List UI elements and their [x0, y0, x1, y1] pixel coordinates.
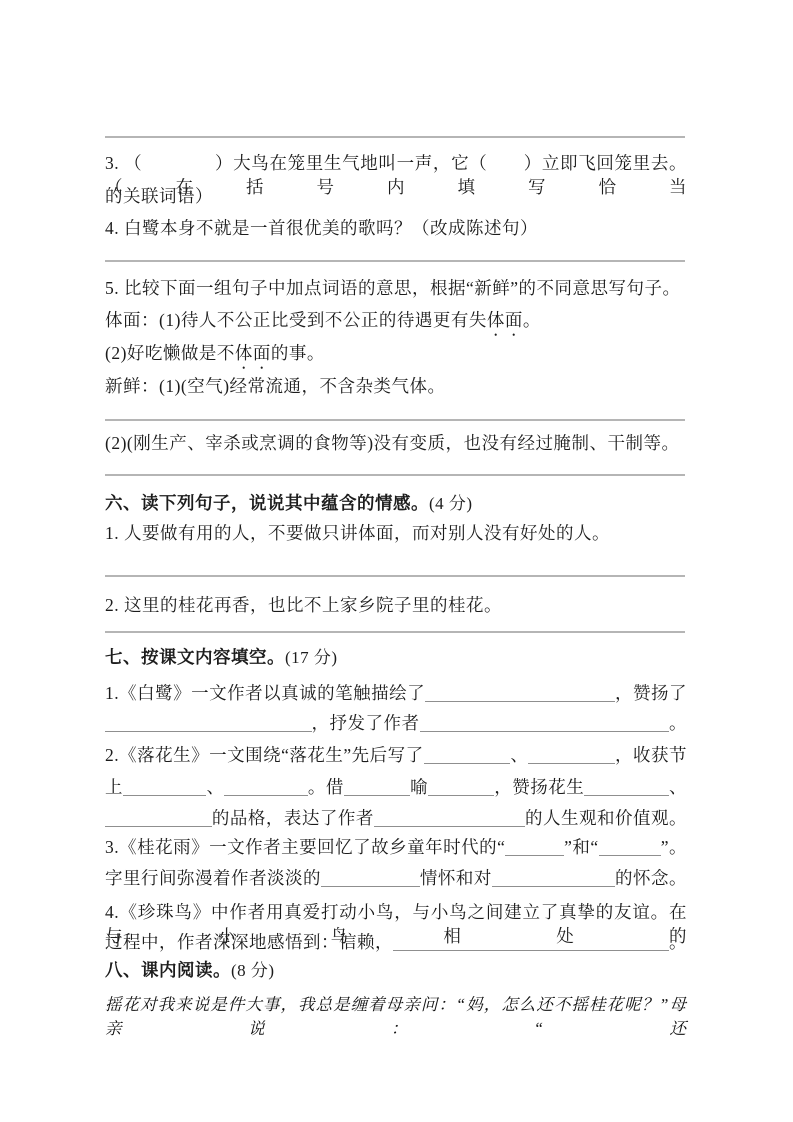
text-segment: 。: [669, 711, 687, 735]
text-segment: ”。: [661, 835, 687, 859]
separator-line: [105, 631, 685, 633]
section-heading: 六、读下列句子，说说其中蕴含的情感。(4 分): [105, 491, 687, 515]
text-segment: 摇花对我来说是件大事，我总是缠着母亲问：“妈，怎么还不摇桂花呢？”母亲说：“还: [105, 995, 687, 1038]
separator-line: [105, 136, 685, 138]
text-segment: 体面：(1)待人不公正比受到不公正的待遇更有失: [105, 310, 487, 330]
dotted-emphasis-text: 体面: [487, 310, 523, 330]
text-segment: 1. 人要做有用的人，不要做只讲体面，而对别人没有好处的人。: [105, 523, 610, 543]
text-segment: ”和“: [564, 835, 599, 859]
text-segment: 的人生观和价值观。: [525, 806, 687, 830]
fill-in-line: 的品格，表达了作者的人生观和价值观。: [105, 806, 687, 830]
answer-blank[interactable]: [374, 813, 525, 827]
answer-blank[interactable]: [424, 750, 511, 764]
text-segment: (2)好吃懒做是不: [105, 343, 235, 363]
answer-blank[interactable]: [321, 873, 420, 887]
dotted-emphasis-text: 体面: [235, 343, 271, 363]
answer-blank[interactable]: [428, 782, 494, 796]
text-line: 的关联词语）: [105, 184, 687, 208]
separator-line: [105, 260, 685, 262]
text-segment: 新鲜：(1)(空气)经常流通，不含杂类气体。: [105, 376, 446, 396]
text-segment: 上: [105, 775, 123, 799]
text-segment: 。: [669, 930, 687, 954]
text-segment: 、: [206, 775, 224, 799]
text-line: 5. 比较下面一组句子中加点词语的意思，根据“新鲜”的不同意思写句子。: [105, 276, 687, 300]
text-segment: 。借: [308, 775, 344, 799]
text-line: 3. （ ）大鸟在笼里生气地叫一声，它（ ）立即飞回笼里去。（在括号内填写恰当: [105, 151, 687, 175]
passage-line: 摇花对我来说是件大事，我总是缠着母亲问：“妈，怎么还不摇桂花呢？”母亲说：“还: [105, 993, 687, 1017]
fill-in-line: 过程中，作者深深地感悟到：信赖，。: [105, 930, 687, 954]
answer-blank[interactable]: [105, 813, 212, 827]
heading-title: 六、读下列句子，说说其中蕴含的情感。: [105, 493, 429, 513]
text-segment: 、: [669, 775, 687, 799]
text-segment: 的事。: [271, 343, 325, 363]
fill-in-line: 上、。借喻，赞扬花生、: [105, 775, 687, 799]
text-line: 4.《珍珠鸟》中作者用真爱打动小鸟，与小鸟之间建立了真挚的友谊。在与小鸟相处的: [105, 900, 687, 924]
separator-line: [105, 474, 685, 476]
answer-blank[interactable]: [425, 688, 615, 702]
answer-blank[interactable]: [492, 873, 615, 887]
text-segment: 过程中，作者深深地感悟到：信赖，: [105, 930, 393, 954]
fill-in-line: 字里行间弥漫着作者淡淡的情怀和对的怀念。: [105, 866, 687, 890]
text-line: 2. 这里的桂花再香，也比不上家乡院子里的桂花。: [105, 593, 687, 617]
text-line: 新鲜：(1)(空气)经常流通，不含杂类气体。: [105, 374, 687, 398]
text-line: 4. 白鹭本身不就是一首很优美的歌吗？（改成陈述句）: [105, 216, 687, 240]
exam-paper-page: 3. （ ）大鸟在笼里生气地叫一声，它（ ）立即飞回笼里去。（在括号内填写恰当的…: [0, 0, 793, 1122]
separator-line: [105, 419, 685, 421]
heading-title: 八、课内阅读。: [105, 960, 231, 980]
text-segment: 、: [510, 743, 528, 767]
text-segment: 。: [523, 310, 541, 330]
answer-blank[interactable]: [505, 842, 564, 856]
text-segment: 3.《桂花雨》一文作者主要回忆了故乡童年时代的“: [105, 835, 505, 859]
text-line: 体面：(1)待人不公正比受到不公正的待遇更有失体面。: [105, 308, 687, 332]
answer-blank[interactable]: [393, 937, 669, 951]
text-segment: 喻: [410, 775, 428, 799]
fill-in-line: 3.《桂花雨》一文作者主要回忆了故乡童年时代的“”和“”。: [105, 835, 687, 859]
exam-content: 3. （ ）大鸟在笼里生气地叫一声，它（ ）立即飞回笼里去。（在括号内填写恰当的…: [0, 0, 793, 1122]
answer-blank[interactable]: [123, 782, 206, 796]
fill-in-line: 1.《白鹭》一文作者以真诚的笔触描绘了，赞扬了: [105, 681, 687, 705]
score-label: (17 分): [285, 648, 338, 667]
score-label: (4 分): [429, 494, 473, 513]
answer-blank[interactable]: [584, 782, 669, 796]
text-line: (2)(刚生产、宰杀或烹调的食物等)没有变质，也没有经过腌制、干制等。: [105, 431, 687, 455]
section-heading: 八、课内阅读。(8 分): [105, 958, 687, 982]
text-segment: 情怀和对: [420, 866, 492, 890]
text-segment: 5. 比较下面一组句子中加点词语的意思，根据“新鲜”的不同意思写句子。: [105, 278, 681, 298]
separator-line: [105, 575, 685, 577]
text-segment: ，收获节: [615, 743, 687, 767]
text-segment: ，抒发了作者: [312, 711, 420, 735]
answer-blank[interactable]: [420, 718, 669, 732]
answer-blank[interactable]: [224, 782, 307, 796]
fill-in-line: 2.《落花生》一文围绕“落花生”先后写了、，收获节: [105, 743, 687, 767]
fill-in-line: ，抒发了作者。: [105, 711, 687, 735]
text-line: (2)好吃懒做是不体面的事。: [105, 341, 687, 365]
text-segment: ，赞扬了: [615, 681, 687, 705]
score-label: (8 分): [231, 961, 275, 980]
text-segment: 的品格，表达了作者: [212, 806, 374, 830]
answer-blank[interactable]: [344, 782, 410, 796]
text-line: 1. 人要做有用的人，不要做只讲体面，而对别人没有好处的人。: [105, 521, 687, 545]
text-segment: 2. 这里的桂花再香，也比不上家乡院子里的桂花。: [105, 595, 502, 615]
text-segment: 的怀念。: [615, 866, 687, 890]
answer-blank[interactable]: [599, 842, 661, 856]
text-segment: ，赞扬花生: [494, 775, 584, 799]
section-heading: 七、按课文内容填空。(17 分): [105, 645, 687, 669]
text-segment: 字里行间弥漫着作者淡淡的: [105, 866, 321, 890]
text-segment: 2.《落花生》一文围绕“落花生”先后写了: [105, 743, 424, 767]
text-segment: 4. 白鹭本身不就是一首很优美的歌吗？（改成陈述句）: [105, 218, 538, 238]
text-segment: (2)(刚生产、宰杀或烹调的食物等)没有变质，也没有经过腌制、干制等。: [105, 433, 680, 453]
heading-title: 七、按课文内容填空。: [105, 647, 285, 667]
text-segment: 的关联词语）: [105, 186, 213, 206]
answer-blank[interactable]: [528, 750, 615, 764]
text-segment: 1.《白鹭》一文作者以真诚的笔触描绘了: [105, 681, 425, 705]
answer-blank[interactable]: [105, 718, 312, 732]
